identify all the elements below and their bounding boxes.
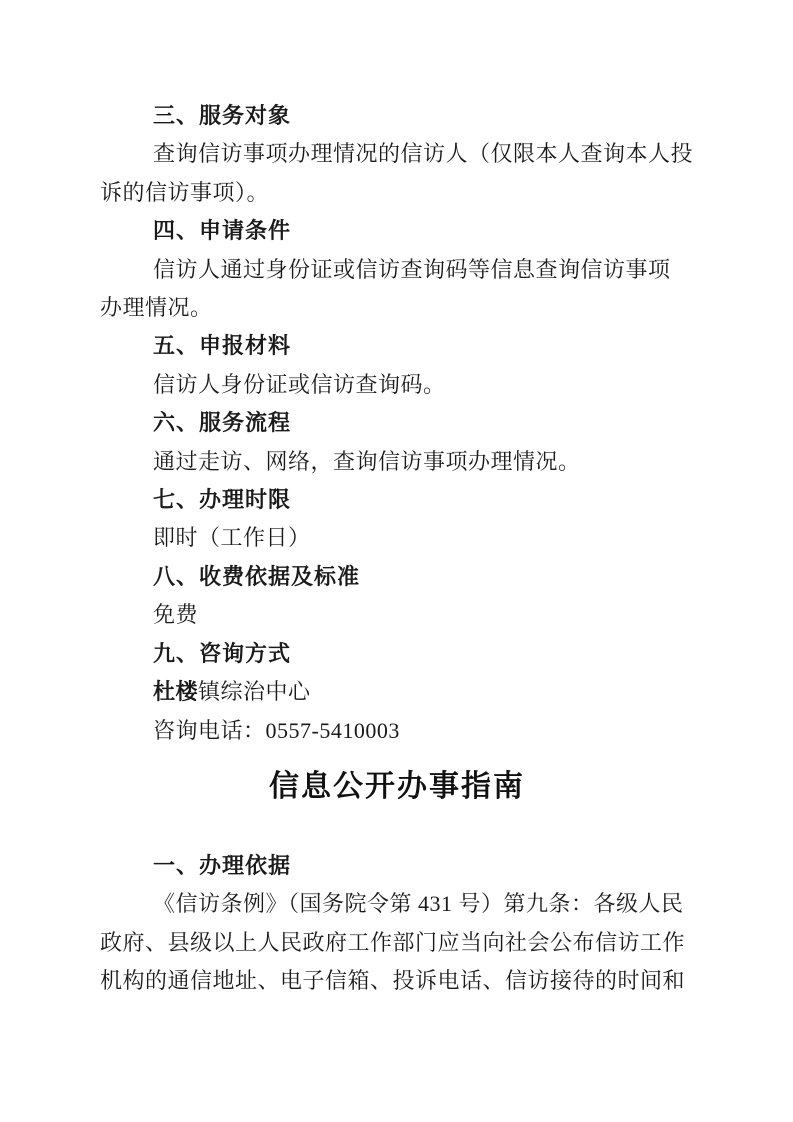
section-heading: 四、申请条件 xyxy=(100,212,694,250)
text-line: 《信访条例》（国务院令第 431 号）第九条：各级人民 xyxy=(100,885,694,923)
text-line: 机构的通信地址、电子信箱、投诉电话、信访接待的时间和 xyxy=(100,962,694,1000)
paragraph: 查询信访事项办理情况的信访人（仅限本人查询本人投诉的信访事项）。 xyxy=(100,135,694,212)
text-line: 政府、县级以上人民政府工作部门应当向社会公布信访工作 xyxy=(100,924,694,962)
document-page: 三、服务对象查询信访事项办理情况的信访人（仅限本人查询本人投诉的信访事项）。四、… xyxy=(0,0,793,1122)
text-line: 办理情况。 xyxy=(100,289,694,327)
section-heading: 一、办理依据 xyxy=(100,847,694,885)
section-heading: 五、申报材料 xyxy=(100,327,694,365)
paragraph: 即时（工作日） xyxy=(100,519,694,557)
document-body: 三、服务对象查询信访事项办理情况的信访人（仅限本人查询本人投诉的信访事项）。四、… xyxy=(100,97,694,1001)
section-heading: 九、咨询方式 xyxy=(100,635,694,673)
text-line: 咨询电话：0557-5410003 xyxy=(100,712,694,750)
paragraph: 通过走访、网络，查询信访事项办理情况。 xyxy=(100,443,694,481)
text-line: 查询信访事项办理情况的信访人（仅限本人查询本人投 xyxy=(100,135,694,173)
contact-name-bold: 杜楼 xyxy=(153,679,198,704)
section-heading: 八、收费依据及标准 xyxy=(100,558,694,596)
text-line: 即时（工作日） xyxy=(100,519,694,557)
paragraph: 信访人身份证或信访查询码。 xyxy=(100,366,694,404)
text-line: 通过走访、网络，查询信访事项办理情况。 xyxy=(100,443,694,481)
paragraph: 信访人通过身份证或信访查询码等信息查询信访事项办理情况。 xyxy=(100,251,694,328)
document-title: 信息公开办事指南 xyxy=(100,763,694,811)
contact-name-regular: 镇综治中心 xyxy=(198,679,311,704)
text-line: 信访人身份证或信访查询码。 xyxy=(100,366,694,404)
section-heading: 三、服务对象 xyxy=(100,97,694,135)
text-line: 诉的信访事项）。 xyxy=(100,174,694,212)
paragraph: 《信访条例》（国务院令第 431 号）第九条：各级人民政府、县级以上人民政府工作… xyxy=(100,885,694,1000)
section-heading: 六、服务流程 xyxy=(100,404,694,442)
section-heading: 七、办理时限 xyxy=(100,481,694,519)
text-line: 免费 xyxy=(100,596,694,634)
paragraph: 免费 xyxy=(100,596,694,634)
paragraph: 咨询电话：0557-5410003 xyxy=(100,712,694,750)
text-line: 信访人通过身份证或信访查询码等信息查询信访事项 xyxy=(100,251,694,289)
contact-line: 杜楼镇综治中心 xyxy=(100,673,694,711)
